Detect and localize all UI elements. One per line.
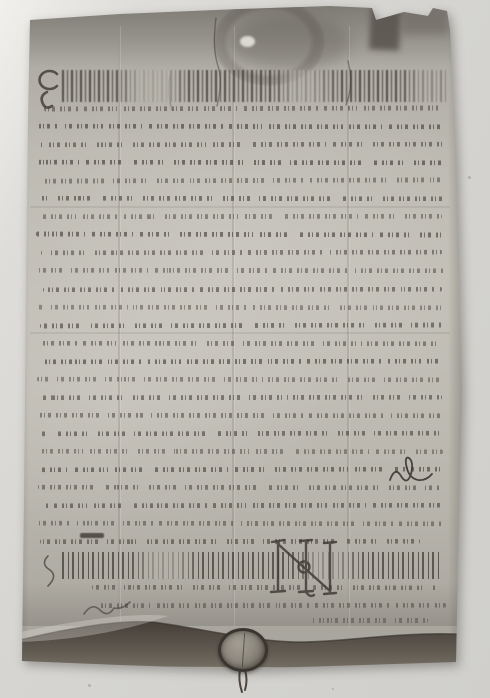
- parchment-wrap: [18, 6, 464, 670]
- chancery-flourish: [388, 454, 434, 486]
- horizontal-crease: [30, 206, 450, 208]
- horizontal-crease: [30, 332, 450, 334]
- elongated-display-line: [62, 70, 447, 102]
- seal-cord: [228, 668, 258, 696]
- chrismon-initial: [33, 64, 63, 112]
- backdrop-speckle: [468, 176, 471, 179]
- backdrop-speckle: [88, 684, 91, 687]
- parchment-sheet: [18, 6, 464, 670]
- wax-seal: [218, 628, 268, 672]
- subscription-elongated-line: [62, 552, 442, 579]
- dark-word-snippet: [80, 533, 104, 538]
- left-margin-flourish: [40, 554, 56, 588]
- royal-monogram: [268, 536, 340, 598]
- photo-backdrop: [0, 0, 490, 698]
- left-edge-shading: [18, 6, 29, 670]
- backdrop-speckle: [332, 688, 334, 690]
